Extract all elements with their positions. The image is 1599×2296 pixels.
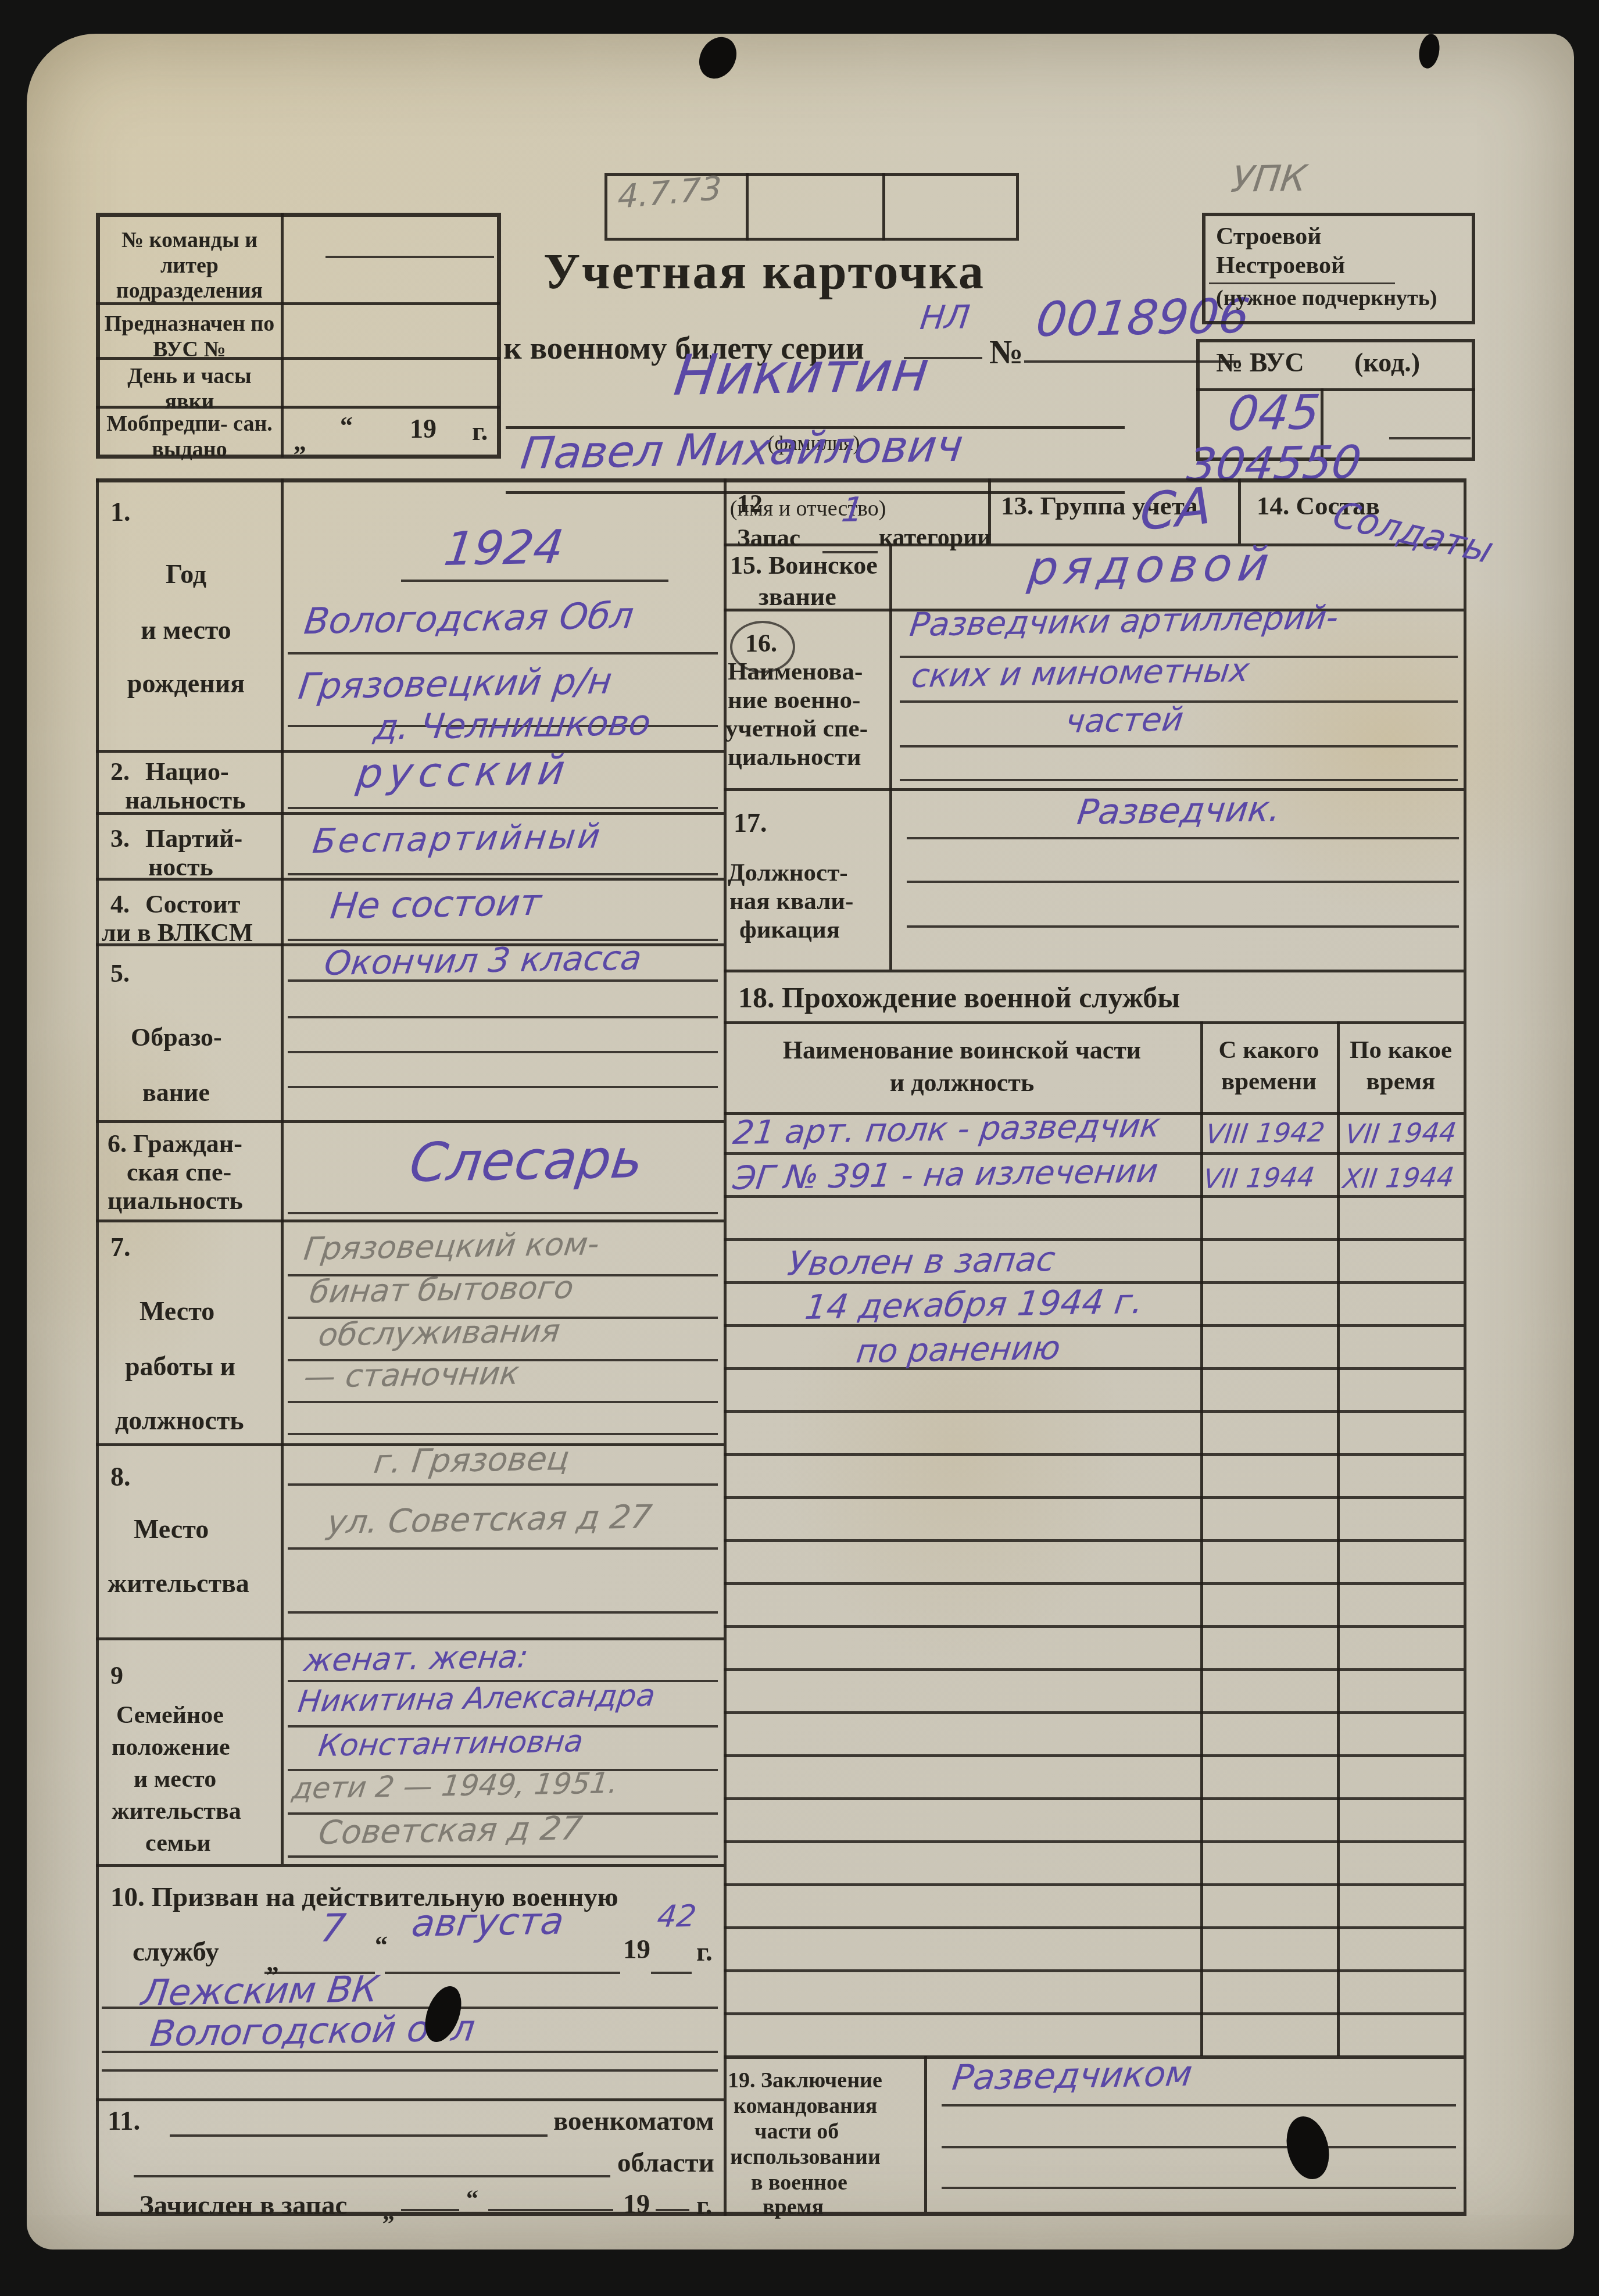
rule-line: [907, 881, 1459, 883]
f1-value-year: 1924: [442, 524, 566, 573]
rule-line: [288, 1016, 718, 1018]
f18-r3-part: Уволен в запас: [786, 1242, 1057, 1281]
cell-divider: [889, 543, 892, 970]
rule-line: [288, 1401, 718, 1403]
main-right-border: [1464, 478, 1466, 2216]
f9-value3: Константиновна: [317, 1726, 585, 1761]
f2-label2: нальность: [125, 786, 245, 814]
f11-num: 11.: [108, 2106, 140, 2137]
f15-label1: 15. Воинское: [730, 551, 878, 580]
f1-value-oblast: Вологодская Обл: [302, 598, 636, 639]
f4-num: 4.: [110, 890, 130, 918]
f11-quote-open: „: [382, 2198, 395, 2226]
duty-underline: [1209, 282, 1395, 284]
f18-col1-header-a: Наименование воинской части: [729, 1036, 1194, 1065]
rule-line: [907, 837, 1459, 839]
f9-label2: положение: [112, 1734, 230, 1761]
row-border: [724, 788, 1464, 791]
rule-line: [401, 2209, 459, 2211]
rule-line: [288, 1433, 718, 1435]
f12-value: 1: [840, 492, 865, 527]
admin-blank-line: [325, 256, 494, 258]
f16-value3: частей: [1064, 703, 1185, 738]
f9-value2: Никитина Александра: [296, 1680, 657, 1717]
rule-line: [651, 1972, 692, 1974]
f10-quote-close: “: [375, 1931, 388, 1959]
admin-quote-open: „: [294, 428, 306, 456]
f8-value1: г. Грязовец: [372, 1443, 571, 1479]
admin-year-suffix: г.: [472, 416, 488, 446]
f18-title: 18. Прохождение военной службы: [738, 981, 1180, 1014]
f7-label3: должность: [115, 1406, 244, 1436]
f6-label2: ская спе-: [127, 1158, 231, 1186]
f2-num: 2.: [110, 757, 130, 786]
f17-num: 17.: [734, 808, 767, 838]
f2-value: русский: [355, 750, 573, 794]
f9-label5: семьи: [145, 1830, 211, 1857]
f9-value1: женат. жена:: [302, 1641, 530, 1676]
row-border: [724, 970, 1464, 972]
rule-line: [288, 652, 718, 655]
admin-label-мобпредписание: Мобпредпи- сан. выдано: [103, 412, 276, 462]
f4-label1: Состоит: [145, 890, 240, 918]
rule-line: [656, 2209, 689, 2211]
f11-year: 19: [623, 2189, 650, 2219]
admin-label-вус: Предназначен по ВУС №: [103, 312, 276, 362]
f7-label2: работы и: [125, 1351, 235, 1382]
main-left-border: [96, 478, 99, 2216]
f6-value: Слесарь: [407, 1132, 646, 1190]
f8-num: 8.: [110, 1462, 131, 1492]
f16-label3: учетной спе-: [725, 715, 868, 743]
f19-value: Разведчиком: [950, 2057, 1194, 2095]
f19-label6: время: [763, 2195, 824, 2220]
cell-divider: [924, 2056, 927, 2212]
f11-obl: области: [617, 2148, 714, 2179]
f1-value-village: д. Челнишково: [372, 706, 653, 745]
f6-label1: 6. Граждан-: [108, 1129, 242, 1158]
f8-label2: жительства: [108, 1568, 249, 1598]
f2-label1: Нацио-: [145, 757, 229, 786]
stamp-box-divider1: [746, 173, 749, 241]
rule-line: [288, 807, 718, 809]
f18-col-divider2: [1337, 1021, 1340, 2056]
duty-line2: Нестроевой: [1216, 252, 1345, 280]
vus-value1: 045: [1225, 389, 1322, 438]
f9-label4: жительства: [112, 1798, 241, 1825]
vus-blank-line: [1389, 437, 1471, 439]
f10-year: 19: [623, 1934, 650, 1965]
f7-value1: Грязовецкий ком-: [302, 1228, 601, 1265]
surname-value: Никитин: [671, 343, 932, 403]
f16-value1: Разведчики артиллерий-: [908, 602, 1340, 642]
f4-label2: ли в ВЛКСМ: [102, 918, 253, 947]
f9-value5: Советская д 27: [317, 1812, 584, 1850]
f17-label1: Должност-: [728, 859, 848, 887]
f18-col2-header-a: С какого: [1202, 1036, 1336, 1064]
f1-label2: и место: [102, 615, 270, 646]
rule-line: [288, 1611, 718, 1614]
f18-r1-from: VIII 1942: [1204, 1118, 1326, 1147]
row-border: [724, 1021, 1464, 1024]
f12-num: 12: [737, 489, 763, 518]
f7-label1: Место: [139, 1296, 214, 1326]
f8-label1: Место: [134, 1514, 209, 1544]
rule-line: [170, 2134, 548, 2137]
f16-num: 16.: [745, 629, 777, 657]
rule-line: [942, 2187, 1456, 2189]
f3-num: 3.: [110, 824, 130, 853]
row-border: [96, 1120, 724, 1123]
f17-value: Разведчик.: [1075, 792, 1283, 830]
f3-label1: Партий-: [145, 824, 242, 853]
f18-r2-to: XII 1944: [1342, 1164, 1455, 1192]
rule-line: [288, 1547, 718, 1550]
number-sign: №: [989, 334, 1023, 371]
card-title: Учетная карточка: [500, 243, 1029, 301]
f11-mil: военкоматом: [553, 2106, 714, 2137]
f11-enlist: Зачислен в запас: [139, 2190, 347, 2221]
admin-label-явки: День и часы явки: [103, 364, 276, 414]
f1-num: 1.: [110, 497, 131, 527]
f12-label2: категории: [879, 524, 992, 552]
f15-label2: звание: [759, 582, 836, 611]
rule-line: [288, 1086, 718, 1088]
f13-value: СА: [1139, 480, 1212, 538]
f10-label2: службу: [133, 1937, 219, 1968]
f8-value2: ул. Советская д 27: [325, 1501, 653, 1539]
series-value: НЛ: [918, 302, 971, 335]
f11-quote-close: “: [466, 2186, 478, 2213]
f5-num: 5.: [110, 959, 130, 988]
rule-line: [288, 1051, 718, 1053]
f5-value: Окончил 3 класса: [323, 941, 643, 980]
f16-label2: ние военно-: [728, 686, 860, 714]
rule-line: [907, 925, 1459, 928]
vus-code-caption: (код.): [1354, 348, 1420, 378]
f7-num: 7.: [110, 1232, 131, 1263]
left-label-divider: [281, 478, 284, 1864]
row-border: [96, 1219, 724, 1222]
rule-line: [900, 779, 1458, 781]
fullname-caption: (имя и отчество): [634, 496, 982, 522]
row-border: [96, 2098, 724, 2101]
stamp-date: 4.7.73: [617, 173, 722, 214]
f7-value2: бинат бытового: [308, 1272, 575, 1308]
f11-year-suffix: г.: [696, 2190, 712, 2220]
f18-col3-header-a: По какое: [1338, 1036, 1464, 1064]
f9-label1: Семейное: [116, 1702, 224, 1729]
rule-line: [288, 1855, 718, 1858]
f18-r2-from: VII 1944: [1202, 1164, 1316, 1192]
f16-label1: Наименова-: [728, 658, 863, 686]
duty-line1: Строевой: [1216, 223, 1322, 251]
stamp-box-divider2: [882, 173, 885, 241]
rule-line: [401, 580, 668, 582]
f10-year-hand: 42: [656, 1901, 698, 1932]
f16-value2: ских и минометных: [910, 655, 1251, 693]
duty-line3: (нужное подчеркнуть): [1216, 286, 1437, 311]
rule-line: [385, 1972, 620, 1974]
f16-label4: циальности: [728, 743, 861, 771]
rule-line: [942, 2146, 1456, 2148]
rule-line: [942, 2104, 1456, 2107]
scanned-military-card: 4.7.73 УПК № команды и литер подразделен…: [0, 0, 1599, 2296]
f4-value: Не состоит: [328, 885, 543, 924]
rule-line: [488, 2209, 613, 2211]
f18-r2-part: ЭГ № 391 - на излечении: [731, 1155, 1160, 1195]
f18-r1-to: VII 1944: [1344, 1119, 1458, 1147]
f6-label3: циальность: [108, 1186, 243, 1215]
rule-line: [900, 745, 1458, 748]
f17-label3: фикация: [739, 916, 840, 944]
f10-day: 7: [319, 1909, 348, 1948]
vus-title: № ВУС: [1216, 348, 1304, 378]
f19-label5: в военное: [751, 2170, 847, 2195]
f17-label2: ная квали-: [729, 888, 853, 915]
f10-year-suffix: г.: [696, 1937, 713, 1968]
f9-value4: дети 2 — 1949, 1951.: [291, 1768, 620, 1803]
f7-value3: обслуживания: [317, 1315, 562, 1351]
fullname-value: Павел Михайлович: [518, 424, 965, 475]
admin-quote-close: “: [340, 412, 353, 440]
rule-line: [102, 2051, 718, 2053]
f7-value4: — станочник: [302, 1358, 521, 1393]
rule-line: [288, 873, 718, 875]
rule-line: [288, 1212, 718, 1214]
f9-num: 9: [110, 1661, 123, 1690]
f1-label1: Год: [102, 559, 270, 590]
f9-label3: и место: [134, 1766, 216, 1793]
f1-value-raion: Грязовецкий р/н: [296, 663, 614, 704]
f10-month: августа: [410, 1902, 566, 1943]
f5-label1: Образо-: [131, 1023, 222, 1052]
upk-mark: УПК: [1229, 160, 1308, 198]
rule-line: [102, 2069, 718, 2072]
f1-label3: рождения: [102, 668, 270, 699]
f15-value: рядовой: [1026, 541, 1277, 592]
f18-r1-part: 21 арт. полк - разведчик: [731, 1110, 1162, 1150]
f18-col1-header-b: и должность: [729, 1068, 1194, 1098]
f19-label1: 19. Заключение: [728, 2068, 882, 2093]
cell-divider: [1238, 478, 1241, 543]
f19-label4: использовании: [730, 2145, 881, 2170]
admin-year: 19: [410, 414, 437, 444]
f10-value1: Лежским ВК: [139, 1971, 380, 2011]
admin-divider: [281, 213, 284, 457]
f19-label3: части об: [754, 2119, 839, 2144]
rule-line: [134, 2175, 610, 2177]
f5-label2: вание: [142, 1078, 210, 1107]
f18-r4-part: 14 декабря 1944 г.: [803, 1285, 1145, 1324]
rule-line: [288, 1483, 718, 1486]
f12-label1: Запас: [737, 524, 800, 552]
f18-col-divider1: [1200, 1021, 1203, 2056]
rule-line: [288, 979, 718, 982]
row-border: [96, 1864, 724, 1867]
main-top-border: [96, 478, 1464, 482]
f3-value: Беспартийный: [311, 819, 604, 858]
f19-label2: командования: [734, 2094, 877, 2119]
f18-col3-header-b: время: [1338, 1067, 1464, 1096]
f3-label2: ность: [148, 853, 213, 881]
f18-r5-part: по ранению: [854, 1332, 1062, 1368]
admin-label-команды: № команды и литер подразделения: [103, 228, 276, 304]
f18-col2-header-b: времени: [1202, 1067, 1336, 1096]
